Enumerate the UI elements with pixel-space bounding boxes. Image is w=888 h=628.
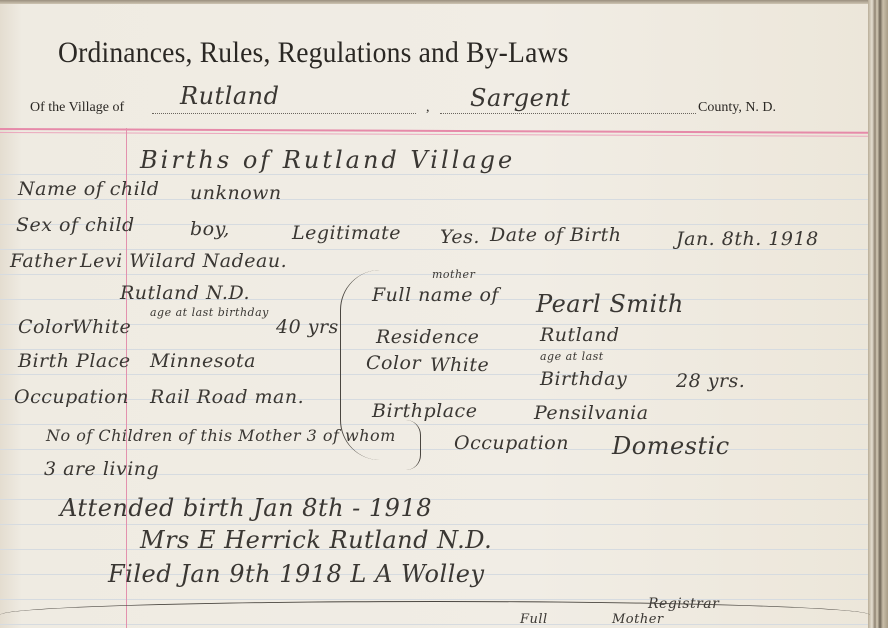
book-top-edge	[0, 0, 888, 4]
father-value: Levi Wilard Nadeau.	[80, 250, 287, 272]
mother-name-value: Pearl Smith	[536, 290, 684, 318]
mother-occupation-value: Domestic	[612, 432, 730, 460]
mother-color-label: Color	[366, 352, 421, 374]
sex-value: boy,	[190, 218, 230, 240]
father-birthplace-value: Minnesota	[150, 350, 256, 372]
margin-rule	[126, 128, 127, 628]
village-fill-line	[152, 113, 416, 114]
father-birthplace-label: Birth Place	[18, 350, 131, 372]
father-occupation-label: Occupation	[14, 386, 129, 408]
dob-label: Date of Birth	[490, 224, 621, 246]
legitimate-value: Yes.	[440, 226, 480, 248]
children-bracket	[406, 420, 421, 470]
children-count-line: No of Children of this Mother 3 of whom	[46, 426, 396, 445]
child-name-value: unknown	[190, 182, 282, 204]
attendant-line: Mrs E Herrick Rutland N.D.	[140, 526, 492, 554]
next-entry-fragment-1: Full	[520, 612, 548, 627]
father-label: Father	[10, 250, 76, 272]
village-prefix: Of the Village of	[30, 100, 124, 116]
county-suffix: County, N. D.	[698, 100, 776, 116]
mother-age-value: 28 yrs.	[676, 370, 745, 392]
mother-birthplace-label: Birthplace	[372, 400, 477, 422]
ledger-page: Ordinances, Rules, Regulations and By-La…	[0, 0, 888, 628]
village-name: Rutland	[180, 82, 279, 110]
county-name: Sargent	[470, 84, 570, 112]
legitimate-label: Legitimate	[292, 222, 401, 244]
father-age-value: 40 yrs	[276, 316, 339, 338]
mother-age-label: age at last	[540, 350, 604, 363]
record-heading: Births of Rutland Village	[140, 146, 515, 174]
mother-occupation-label: Occupation	[454, 432, 569, 454]
mother-residence-value: Rutland	[540, 324, 619, 346]
county-fill-line	[440, 113, 696, 114]
children-living: 3 are living	[44, 458, 159, 480]
child-name-label: Name of child	[18, 178, 159, 200]
mother-name-label: Full name of	[372, 284, 499, 306]
mother-age-label-2: Birthday	[540, 368, 627, 390]
father-color-value: White	[72, 316, 131, 338]
mother-residence-label: Residence	[376, 326, 479, 348]
book-binding	[868, 0, 888, 628]
filed-line: Filed Jan 9th 1918 L A Wolley	[108, 560, 485, 588]
next-entry-fragment-2: Mother	[612, 612, 664, 627]
mother-birthplace-value: Pensilvania	[534, 402, 649, 424]
attended-birth-line: Attended birth Jan 8th - 1918	[60, 494, 432, 522]
mother-color-value: White	[430, 354, 489, 376]
father-age-label: age at last birthday	[150, 306, 269, 319]
page-title: Ordinances, Rules, Regulations and By-La…	[58, 36, 569, 70]
mother-annotation: mother	[432, 268, 475, 281]
comma-separator: ,	[426, 100, 430, 116]
father-occupation-value: Rail Road man.	[150, 386, 304, 408]
dob-value: Jan. 8th. 1918	[676, 228, 819, 250]
father-color-label: Color	[18, 316, 73, 338]
father-residence: Rutland N.D.	[120, 282, 250, 304]
sex-label: Sex of child	[16, 214, 135, 236]
